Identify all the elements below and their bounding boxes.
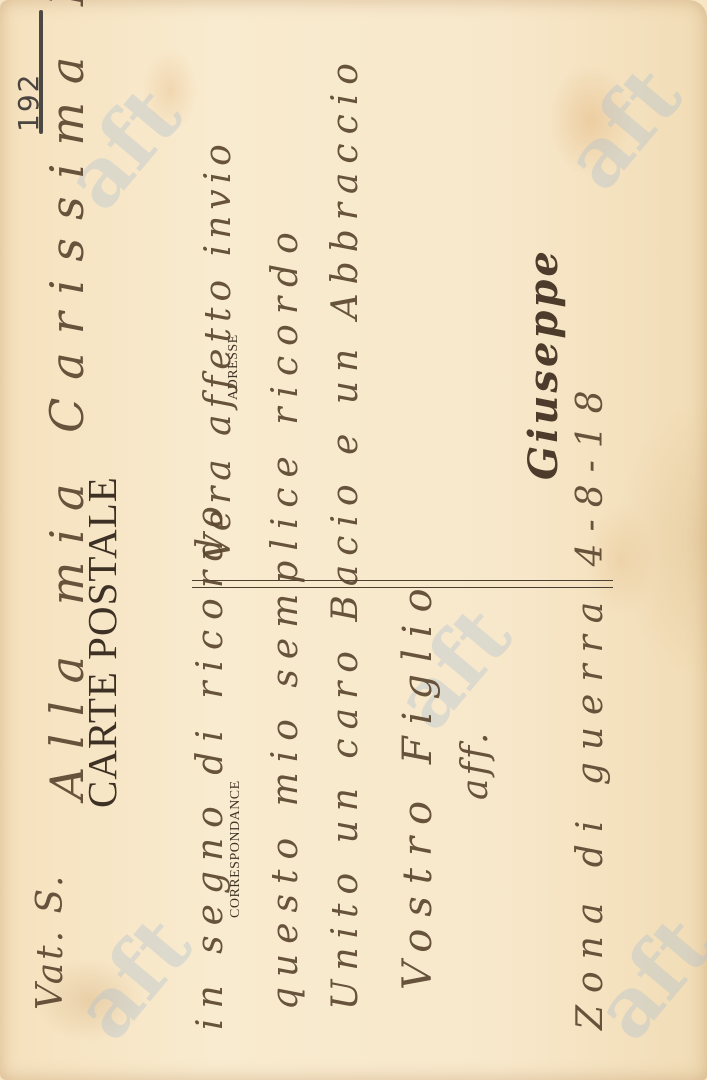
place-date: Zona di guerra 4-8-18 <box>570 378 611 1030</box>
handwritten-line: in segno di ricordo <box>190 496 231 1030</box>
handwritten-line: Unito un caro Bacio e un Abbraccio <box>325 54 366 1010</box>
watermark: aft <box>56 899 211 1057</box>
handwritten-line: aff. <box>455 730 496 800</box>
signature: Giuseppe <box>520 248 567 480</box>
postcard-back: aft aft aft aft aft 192 CARTE POSTALE AD… <box>0 0 707 1080</box>
handwritten-line: Alla mia Carissima Mamma Giuseppa <box>40 0 94 800</box>
watermark: aft <box>546 49 701 207</box>
handwritten-line: Vera affetto invio <box>198 138 239 560</box>
handwritten-line: Vat. S. <box>30 873 71 1010</box>
handwritten-line: Vostro Figlio <box>395 576 441 990</box>
handwritten-line: questo mio semplice ricordo <box>265 222 306 1010</box>
